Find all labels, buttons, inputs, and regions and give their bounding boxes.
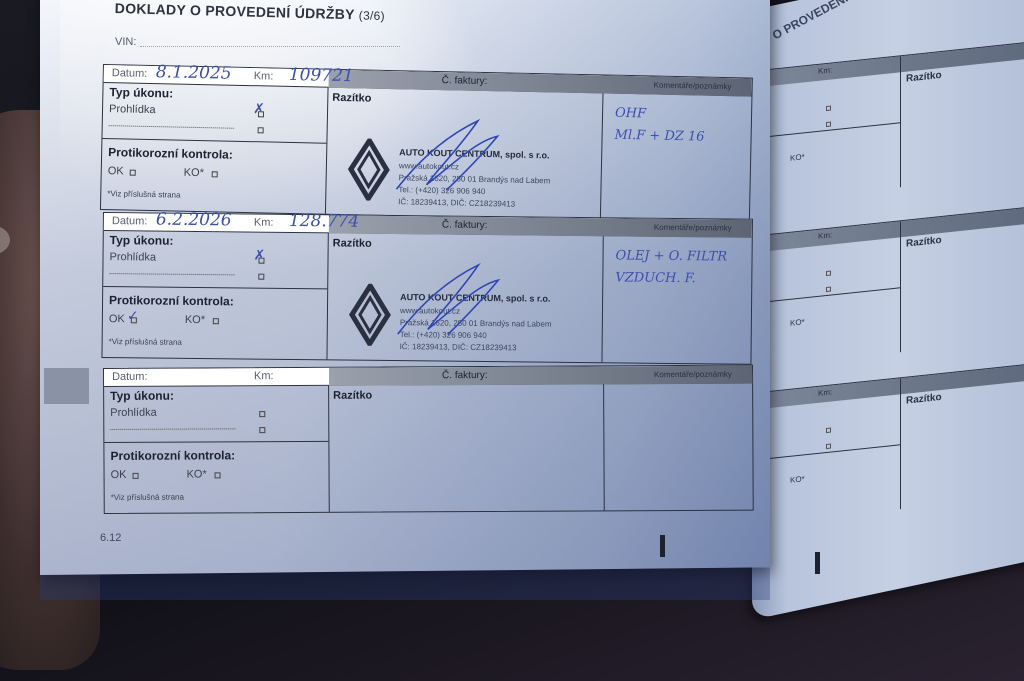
footnote: *Viz příslušná strana (111, 493, 184, 502)
invoice-label: Č. faktury: (442, 220, 488, 231)
comments-label: Komentáře/poznámky (654, 81, 732, 92)
stamp-phone: Tel.: (+420) 326 906 940 (398, 185, 485, 196)
ko-label: KO* (185, 314, 205, 326)
comment-line: OLEJ + O. FILTR (615, 248, 727, 264)
service-type-title: Typ úkonu: (110, 389, 174, 403)
km-label: Km: (818, 230, 832, 240)
page-title-suffix: (3/6) (359, 8, 386, 23)
inspection-label: Prohlídka (109, 251, 156, 263)
anticorrosion-title: Protikorozní kontrola: (110, 448, 235, 463)
datum-label: Datum: (112, 371, 148, 383)
service-type-box: Typ úkonu: Prohlídka ✗ (103, 231, 328, 289)
ko-checkbox[interactable] (213, 318, 219, 324)
datum-label: Datum: (112, 215, 148, 227)
right-record-2: Km: Razítko KO* (760, 207, 1024, 367)
right-record-1: Km: Razítko KO* (760, 42, 1024, 202)
km-label: Km: (254, 370, 274, 382)
datum-value[interactable]: 8.1.2025 (156, 62, 232, 84)
km-label: Km: (254, 70, 274, 82)
comments-column[interactable]: OLEJ + O. FILTR VZDUCH. F. (602, 236, 751, 364)
inspection-label: Prohlídka (109, 103, 156, 116)
invoice-label: Č. faktury: (442, 75, 488, 87)
other-service-checkbox[interactable] (259, 427, 265, 433)
comments-column[interactable]: OHF Ml.F + DZ 16 (601, 93, 752, 222)
service-type-column: Typ úkonu: Prohlídka Protikorozní kontro… (104, 386, 330, 513)
page-number: 6.12 (100, 532, 121, 544)
invoice-label: Č. faktury: (442, 370, 488, 381)
renault-logo-icon (346, 138, 391, 201)
ok-label: OK (109, 313, 125, 325)
km-label: Km: (254, 217, 274, 229)
datum-label: Datum: (112, 67, 148, 80)
ko-label: KO* (790, 474, 805, 485)
km-label: Km: (818, 65, 832, 75)
service-record: Datum: 8.1.2025 Km: 109721 Č. faktury: K… (100, 64, 753, 224)
ko-label: KO* (790, 317, 805, 328)
stamp-company: AUTO KOUT CENTRUM, spol. s r.o. (400, 292, 550, 304)
stamp-company: AUTO KOUT CENTRUM, spol. s r.o. (399, 147, 550, 160)
comments-column[interactable] (604, 384, 753, 511)
stamp-ic: IČ: 18239413, DIČ: CZ18239413 (400, 342, 517, 352)
comment-line: VZDUCH. F. (615, 270, 696, 286)
service-type-title: Typ úkonu: (110, 233, 174, 248)
ko-checkbox[interactable] (215, 472, 221, 478)
right-record-3: Km: Razítko KO* (760, 364, 1024, 524)
stamp-ic: IČ: 18239413, DIČ: CZ18239413 (398, 197, 515, 208)
stamp-phone: Tel.: (+420) 326 906 940 (400, 330, 487, 340)
checkbox[interactable] (826, 287, 831, 293)
comments-label: Komentáře/poznámky (654, 223, 732, 233)
comments-label: Komentáře/poznámky (654, 370, 732, 379)
checkbox[interactable] (826, 106, 831, 112)
divider (900, 56, 901, 187)
renault-logo-icon (348, 284, 393, 346)
stamp-column: Razítko AUTO KOUT CENTRUM, spol. s r.o. … (329, 384, 605, 511)
inspection-checkbox[interactable] (259, 411, 265, 417)
comment-line: Ml.F + DZ 16 (614, 128, 704, 145)
ko-checkbox[interactable] (212, 171, 218, 177)
anticorrosion-title: Protikorozní kontrola: (108, 145, 233, 162)
km-value[interactable]: 128.774 (289, 211, 360, 232)
dealer-stamp: AUTO KOUT CENTRUM, spol. s r.o. www.auto… (347, 284, 568, 376)
stamp-web: www.autokout.cz (400, 306, 460, 316)
ok-label: OK (108, 165, 124, 177)
checkbox[interactable] (826, 444, 831, 450)
stamp-label: Razítko (333, 237, 372, 249)
footnote: *Viz příslušná strana (107, 189, 180, 200)
vin-field[interactable] (140, 46, 400, 47)
ok-label: OK (111, 469, 127, 481)
page-tab-mark (815, 552, 820, 574)
service-type-column: Typ úkonu: Prohlídka ✗ Protikorozní kont… (102, 231, 328, 359)
divider (900, 378, 901, 509)
km-value[interactable]: 109721 (289, 65, 354, 86)
stamp-label: Razítko (332, 92, 371, 105)
other-service-line[interactable] (110, 428, 235, 430)
other-service-checkbox[interactable] (258, 127, 264, 133)
divider (900, 221, 901, 352)
check-mark-icon: ✗ (253, 247, 265, 264)
ko-label: KO* (187, 468, 207, 480)
other-service-line[interactable] (109, 273, 234, 275)
other-service-line[interactable] (109, 125, 234, 129)
service-type-box: Typ úkonu: Prohlídka ✗ (102, 83, 327, 144)
other-service-checkbox[interactable] (258, 274, 264, 280)
checkbox[interactable] (826, 428, 831, 434)
service-record: Datum: Km: Č. faktury: Komentáře/poznámk… (103, 365, 754, 514)
km-label: Km: (818, 387, 832, 397)
datum-value[interactable]: 6.2.2026 (156, 210, 232, 231)
inspection-label: Prohlídka (110, 407, 157, 419)
ok-checkbox[interactable] (130, 170, 136, 176)
razitko-label: Razítko (906, 235, 942, 250)
checkbox[interactable] (826, 122, 831, 128)
service-type-box: Typ úkonu: Prohlídka (104, 386, 328, 443)
razitko-label: Razítko (906, 392, 942, 407)
check-mark-icon: ✗ (253, 100, 265, 117)
ko-label: KO* (184, 167, 204, 179)
stamp-label: Razítko (333, 390, 372, 402)
ok-checkbox[interactable] (133, 473, 139, 479)
service-type-title: Typ úkonu: (109, 85, 173, 100)
checkbox[interactable] (826, 271, 831, 277)
service-record: Datum: 6.2.2026 Km: 128.774 Č. faktury: … (101, 212, 752, 365)
anticorrosion-title: Protikorozní kontrola: (109, 293, 234, 308)
comment-line: OHF (615, 106, 646, 122)
footnote: *Viz příslušná strana (109, 337, 182, 347)
stamp-column: Razítko AUTO KOUT CENTRUM, spol. s r.o. … (327, 233, 603, 362)
vin-label: VIN: (115, 36, 136, 48)
service-type-column: Typ úkonu: Prohlídka ✗ Protikorozní kont… (101, 83, 329, 214)
page-tab-mark (660, 535, 665, 557)
section-tab (44, 368, 89, 404)
stamp-web: www.autokout.cz (399, 161, 459, 171)
check-mark-icon: ✓ (127, 307, 139, 324)
thumb-nail (0, 225, 10, 255)
razitko-label: Razítko (906, 70, 942, 85)
stamp-column: Razítko AUTO KOUT CENTRUM, spol. s r.o. … (326, 88, 604, 220)
stamp-address: Pražská 1620, 250 01 Brandýs nad Labem (399, 173, 551, 185)
stamp-address: Pražská 1620, 250 01 Brandýs nad Labem (400, 318, 552, 329)
ko-label: KO* (790, 152, 805, 163)
